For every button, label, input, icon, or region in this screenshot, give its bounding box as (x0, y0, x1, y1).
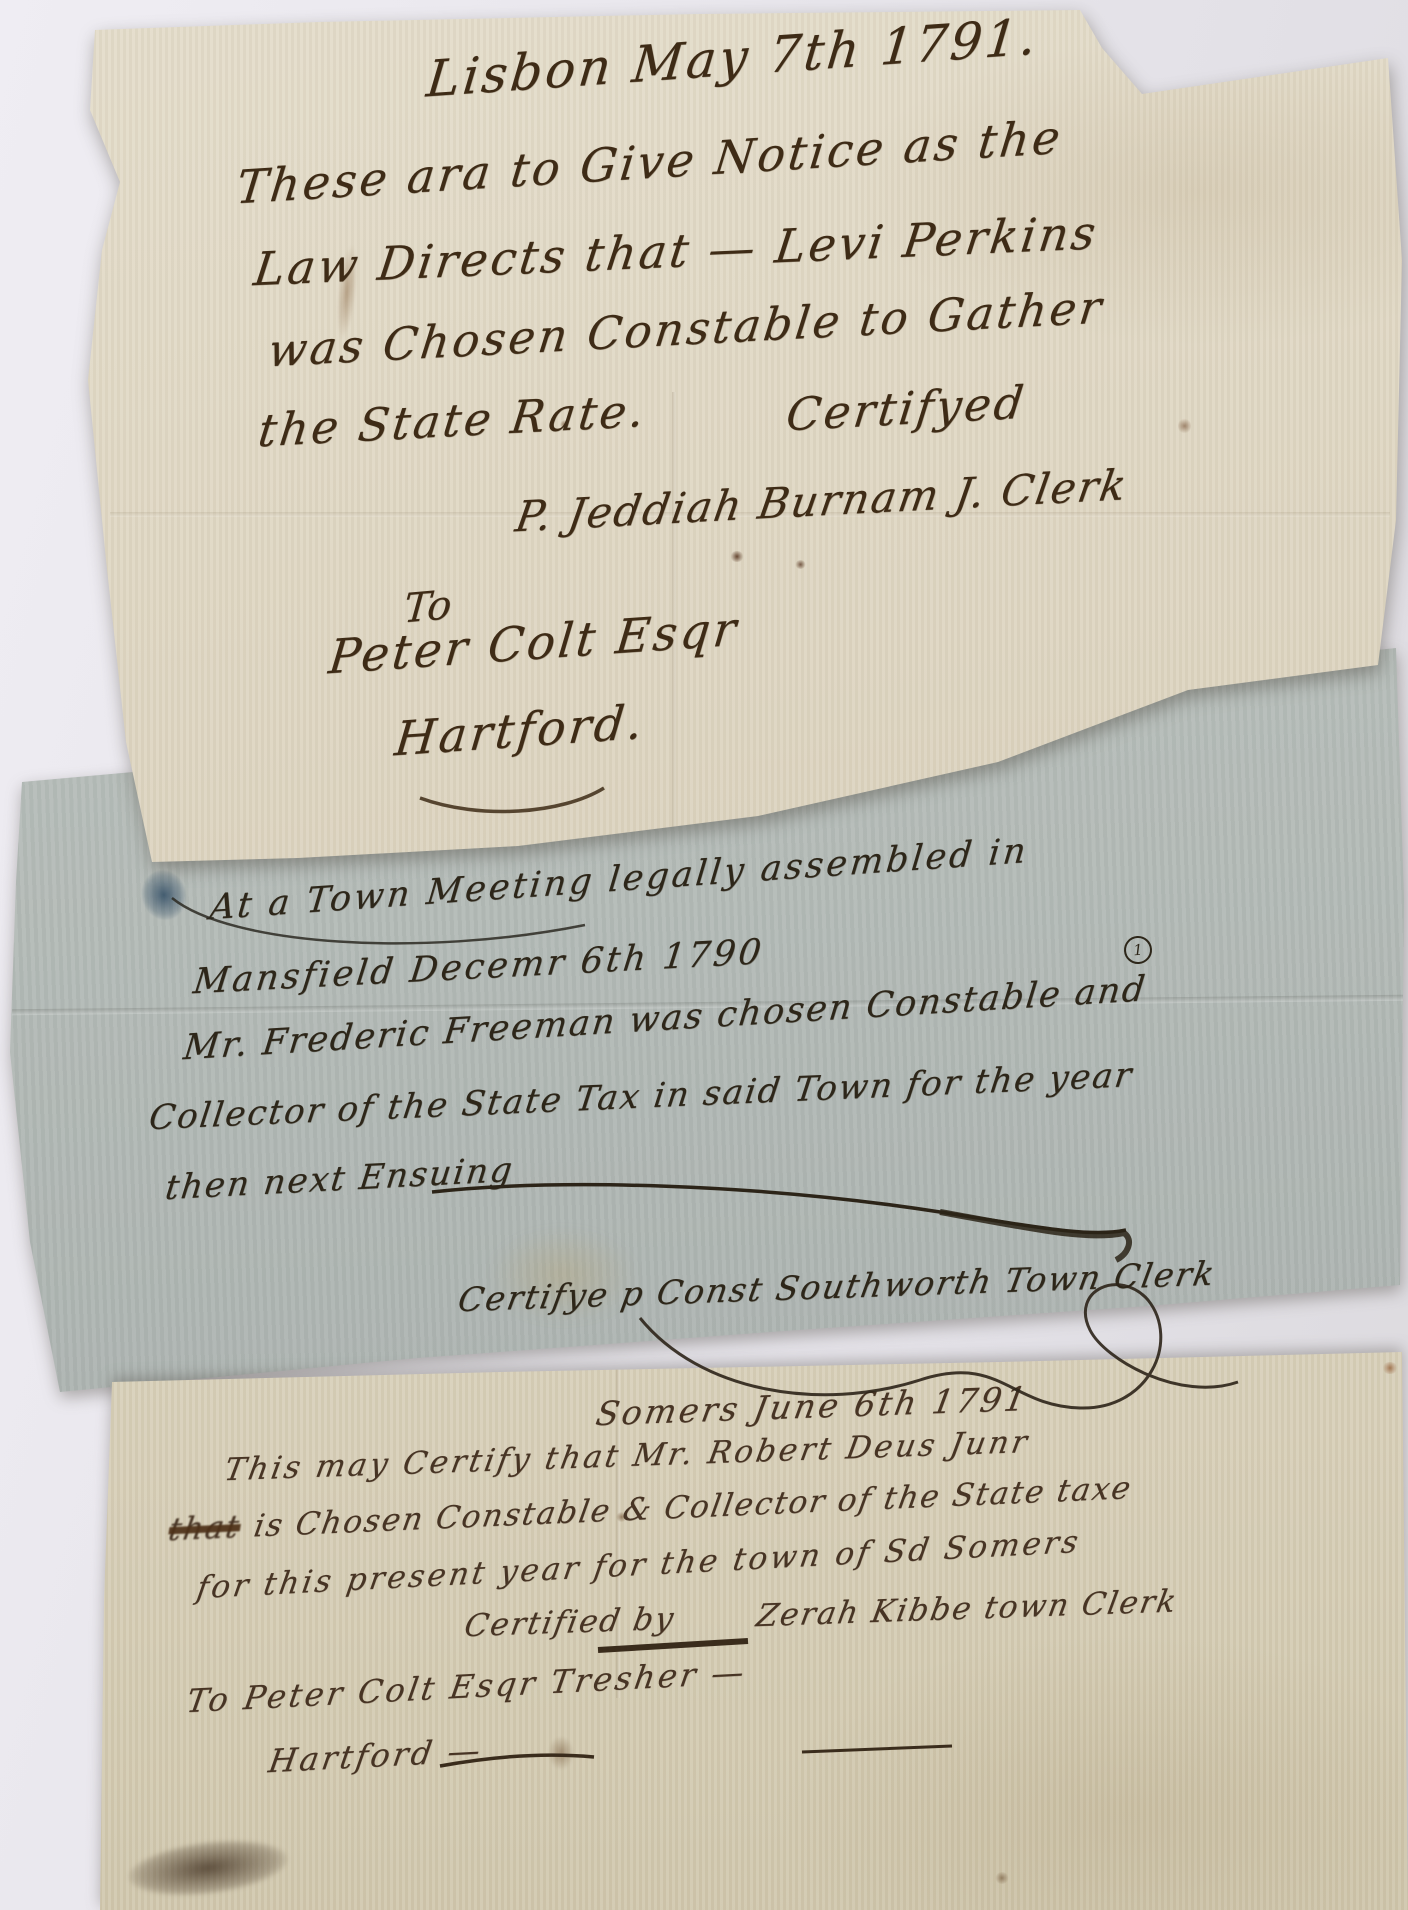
struck-out-word: that (166, 1509, 243, 1548)
ink-spot (995, 1872, 1009, 1884)
ink-spot (1382, 1362, 1398, 1374)
document-somers-1791: Somers June 6th 1791 This may Certify th… (0, 0, 1408, 1910)
dark-smudge (125, 1832, 290, 1903)
paper-stain (548, 1736, 574, 1770)
paper-sheet-cream-bottom (0, 0, 1408, 1910)
clerk-signature-line: Certified by (462, 1601, 678, 1645)
photo-of-manuscripts: At a Town Meeting legally assembled in M… (0, 0, 1408, 1910)
